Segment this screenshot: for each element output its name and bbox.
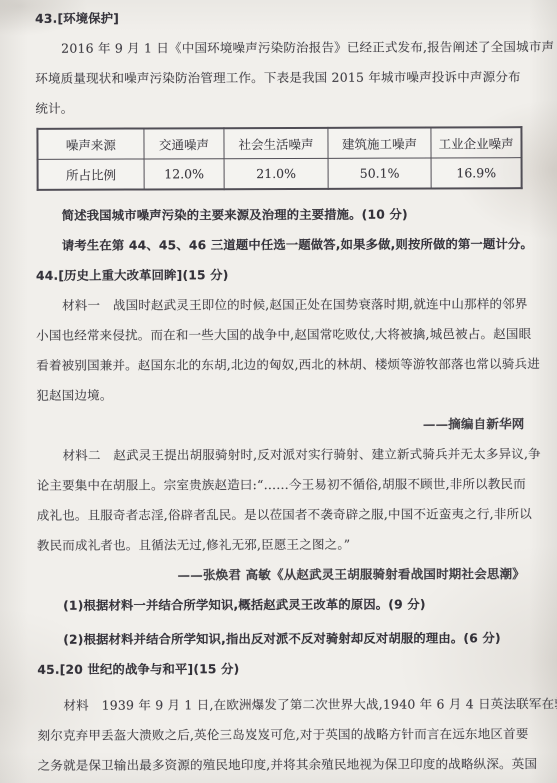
source-attribution: ——张焕君 高敏《从赵武灵王胡服骑射看战国时期社会思潮》 xyxy=(37,559,529,591)
paragraph-line: 之务就是保卫输出最多资源的殖民地印度,并将其余殖民地视为保卫印度的战略纵深。英国 xyxy=(38,749,530,781)
source-attribution: ——摘编自新华网 xyxy=(36,409,528,441)
paragraph-line: 材料一 战国时赵武灵王即位的时候,赵国正处在国势衰落时期,就连中山那样的邻界 xyxy=(36,289,528,321)
question-45: 45.[20 世纪的战争与和平](15 分) 材料 1939 年 9 月 1 日… xyxy=(37,653,529,781)
paragraph-line: 材料二 赵武灵王提出胡服骑射时,反对派对实行骑射、建立新式骑兵并无太多异议,争 xyxy=(37,439,529,471)
candidate-choice-notice: 请考生在第 44、45、46 三道题中任选一题做答,如果多做,则按所做的第一题计… xyxy=(36,229,528,261)
table-data-cell: 21.0% xyxy=(224,158,328,189)
paragraph-line: 统计。 xyxy=(35,92,527,124)
table-header-cell: 交通噪声 xyxy=(144,128,225,159)
table-data-cell: 12.0% xyxy=(144,159,225,190)
paragraph-line: 犯赵国边境。 xyxy=(36,379,528,411)
question-44: 44.[历史上重大改革回眸](15 分) 材料一 战国时赵武灵王即位的时候,赵国… xyxy=(36,259,529,655)
paragraph-line: 看着被别国兼并。赵国东北的东胡,北边的匈奴,西北的林胡、楼烦等游牧部落也常以骑兵… xyxy=(36,349,528,381)
paragraph-line: 2016 年 9 月 1 日《中国环境噪声污染防治报告》已经正式发布,报告阐述了… xyxy=(35,32,527,64)
question-45-heading: 45.[20 世纪的战争与和平](15 分) xyxy=(37,653,529,685)
question-43: 43.[环境保护] 2016 年 9 月 1 日《中国环境噪声污染防治报告》已经… xyxy=(35,2,528,231)
table-data-row: 所占比例 12.0% 21.0% 50.1% 16.9% xyxy=(38,158,522,190)
paragraph-line: 材料 1939 年 9 月 1 日,在欧洲爆发了第二次世界大战,1940 年 6… xyxy=(37,689,529,721)
scanned-content: 43.[环境保护] 2016 年 9 月 1 日《中国环境噪声污染防治报告》已经… xyxy=(35,2,530,781)
sub-question-1: (1)根据材料一并结合所学知识,概括赵武灵王改革的原因。(9 分) xyxy=(37,589,529,621)
paragraph-line: 小国也经常来侵扰。而在和一些大国的战争中,赵国常吃败仗,大将被擒,城邑被占。赵国… xyxy=(36,319,528,351)
table-header-cell: 工业企业噪声 xyxy=(431,127,521,158)
table-data-cell: 50.1% xyxy=(328,158,432,189)
paragraph-line: 论主要集中在胡服上。宗室贵族赵造曰:“……今王易初不循俗,胡服不顾世,非所以教民… xyxy=(37,469,529,501)
paragraph-line: 刻尔克弃甲丢盔大溃败之后,英伦三岛岌岌可危,对于英国的战略方针而言在远东地区首要 xyxy=(38,719,530,751)
noise-source-table: 噪声来源 交通噪声 社会生活噪声 建筑施工噪声 工业企业噪声 所占比例 12.0… xyxy=(36,126,522,191)
table-header-row: 噪声来源 交通噪声 社会生活噪声 建筑施工噪声 工业企业噪声 xyxy=(37,127,521,159)
exam-page: 43.[环境保护] 2016 年 9 月 1 日《中国环境噪声污染防治报告》已经… xyxy=(0,0,557,783)
table-header-cell: 社会生活噪声 xyxy=(224,128,328,159)
question-43-prompt: 简述我国城市噪声污染的主要来源及治理的主要措施。(10 分) xyxy=(36,199,528,231)
paragraph-line: 教民而成礼者也。且循法无过,修礼无邪,臣愿王之图之。” xyxy=(37,529,529,561)
table-header-cell: 噪声来源 xyxy=(37,128,143,159)
table-header-cell: 建筑施工噪声 xyxy=(328,127,432,158)
question-43-heading: 43.[环境保护] xyxy=(35,2,527,34)
paragraph-line: 环境质量现状和噪声污染防治管理工作。下表是我国 2015 年城市噪声投诉中声源分… xyxy=(35,62,527,94)
table-data-cell: 所占比例 xyxy=(38,159,144,190)
table-data-cell: 16.9% xyxy=(431,158,521,189)
question-44-heading: 44.[历史上重大改革回眸](15 分) xyxy=(36,259,528,291)
paragraph-line: 成礼也。且服奇者志淫,俗辟者乱民。是以莅国者不袭奇辟之服,中国不近蛮夷之行,非所… xyxy=(37,499,529,531)
sub-question-2: (2)根据材料并结合所学知识,指出反对派不反对骑射却反对胡服的理由。(6 分) xyxy=(37,623,529,655)
